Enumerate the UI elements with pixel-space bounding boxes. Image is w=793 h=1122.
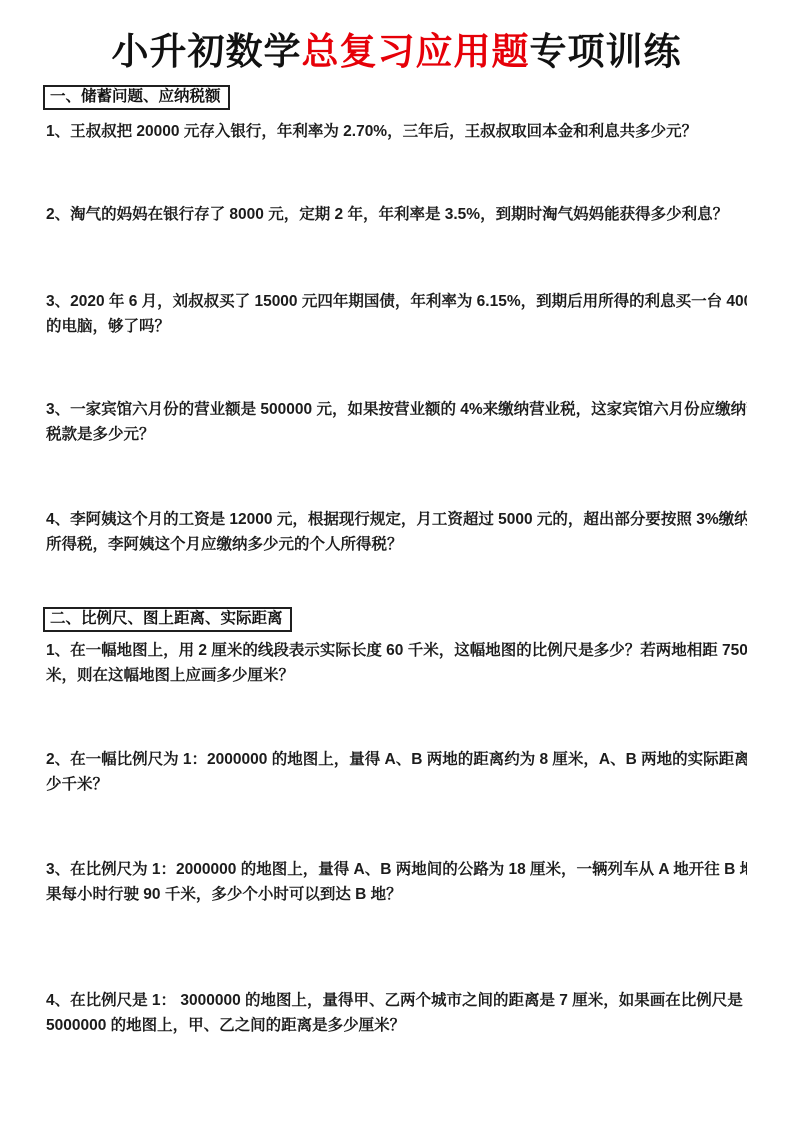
page-title: 小升初数学总复习应用题专项训练 [46, 26, 747, 78]
problem-line: 1、在一幅地图上，用 2 厘米的线段表示实际长度 60 千米，这幅地图的比例尺是… [46, 638, 747, 663]
section-2-heading: 二、比例尺、图上距离、实际距离 [43, 607, 292, 632]
problem-line: 2、在一幅比例尺为 1：2000000 的地图上，量得 A、B 两地的距离约为 … [46, 747, 747, 772]
problem-s2-1: 1、在一幅地图上，用 2 厘米的线段表示实际长度 60 千米，这幅地图的比例尺是… [46, 638, 747, 688]
problem-s1-3b: 3、一家宾馆六月份的营业额是 500000 元，如果按营业额的 4%来缴纳营业税… [46, 397, 747, 447]
problem-s1-4: 4、李阿姨这个月的工资是 12000 元，根据现行规定，月工资超过 5000 元… [46, 507, 747, 557]
page-title-highlight: 总复习应用题 [302, 31, 530, 72]
problem-s2-2: 2、在一幅比例尺为 1：2000000 的地图上，量得 A、B 两地的距离约为 … [46, 747, 747, 797]
section-2-heading-row: 二、比例尺、图上距离、实际距离 [46, 607, 747, 631]
problem-line: 税款是多少元？ [46, 422, 747, 447]
problem-line: 3、2020 年 6 月，刘叔叔买了 15000 元四年期国债，年利率为 6.1… [46, 289, 747, 314]
problem-line: 少千米？ [46, 772, 747, 797]
problem-line: 米，则在这幅地图上应画多少厘米？ [46, 663, 747, 688]
problem-s2-3: 3、在比例尺为 1：2000000 的地图上，量得 A、B 两地间的公路为 18… [46, 857, 747, 907]
page-title-prefix: 小升初数学 [112, 31, 302, 72]
problem-s1-2: 2、淘气的妈妈在银行存了 8000 元，定期 2 年，年利率是 3.5%，到期时… [46, 202, 747, 227]
problem-line: 4、李阿姨这个月的工资是 12000 元，根据现行规定，月工资超过 5000 元… [46, 507, 747, 532]
problem-line: 5000000 的地图上，甲、乙之间的距离是多少厘米？ [46, 1013, 747, 1038]
problem-line: 1、王叔叔把 20000 元存入银行，年利率为 2.70%，三年后，王叔叔取回本… [46, 119, 747, 144]
problem-line: 果每小时行驶 90 千米，多少个小时可以到达 B 地？ [46, 882, 747, 907]
problem-line: 所得税，李阿姨这个月应缴纳多少元的个人所得税？ [46, 532, 747, 557]
section-1-heading: 一、储蓄问题、应纳税额 [43, 85, 230, 110]
problem-line: 3、在比例尺为 1：2000000 的地图上，量得 A、B 两地间的公路为 18… [46, 857, 747, 882]
problem-s2-4: 4、在比例尺是 1： 3000000 的地图上，量得甲、乙两个城市之间的距离是 … [46, 988, 747, 1038]
section-1-heading-row: 一、储蓄问题、应纳税额 [46, 85, 747, 109]
problem-line: 4、在比例尺是 1： 3000000 的地图上，量得甲、乙两个城市之间的距离是 … [46, 988, 747, 1013]
problem-line: 2、淘气的妈妈在银行存了 8000 元，定期 2 年，年利率是 3.5%，到期时… [46, 202, 747, 227]
page-title-suffix: 专项训练 [530, 31, 682, 72]
worksheet-page: 小升初数学总复习应用题专项训练 一、储蓄问题、应纳税额 1、王叔叔把 20000… [0, 0, 793, 1122]
problem-s1-3: 3、2020 年 6 月，刘叔叔买了 15000 元四年期国债，年利率为 6.1… [46, 289, 747, 339]
problem-line: 的电脑，够了吗？ [46, 314, 747, 339]
problem-line: 3、一家宾馆六月份的营业额是 500000 元，如果按营业额的 4%来缴纳营业税… [46, 397, 747, 422]
problem-s1-1: 1、王叔叔把 20000 元存入银行，年利率为 2.70%，三年后，王叔叔取回本… [46, 119, 747, 144]
